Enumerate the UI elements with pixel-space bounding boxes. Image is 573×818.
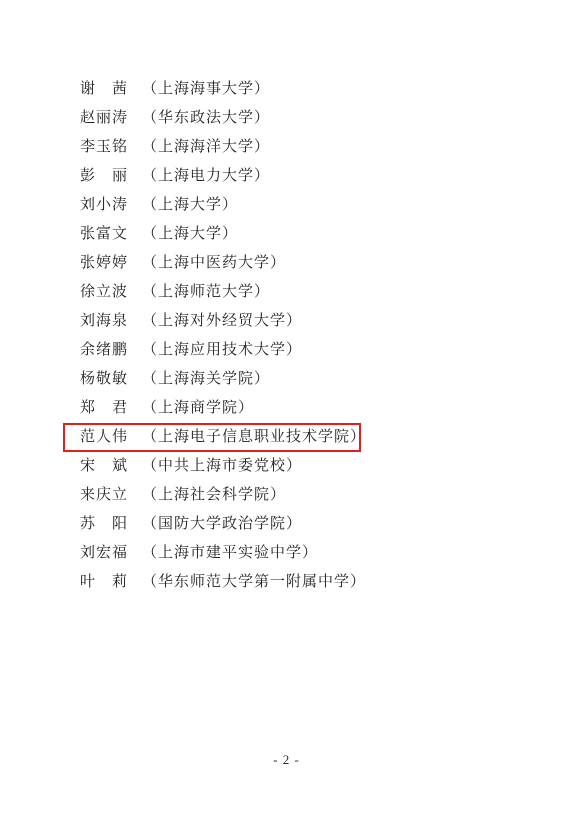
page-number: - 2 - — [0, 752, 573, 768]
institution-name: （上海市建平实验中学） — [142, 539, 318, 568]
institution-name: （上海海洋大学） — [142, 133, 270, 162]
roster-row: 张婷婷（上海中医药大学） — [80, 249, 553, 278]
person-name: 来庆立 — [80, 481, 142, 510]
institution-name: （上海海事大学） — [142, 75, 270, 104]
institution-name: （华东政法大学） — [142, 104, 270, 133]
person-name: 刘小涛 — [80, 191, 142, 220]
person-name: 彭 丽 — [80, 162, 142, 191]
roster-row: 刘海泉（上海对外经贸大学） — [80, 307, 553, 336]
roster-row: 彭 丽（上海电力大学） — [80, 162, 553, 191]
person-name: 范人伟 — [80, 423, 142, 452]
roster-row: 叶 莉（华东师范大学第一附属中学） — [80, 568, 553, 597]
institution-name: （上海大学） — [142, 220, 238, 249]
institution-name: （上海大学） — [142, 191, 238, 220]
institution-name: （上海电子信息职业技术学院） — [142, 423, 366, 452]
person-name: 徐立波 — [80, 278, 142, 307]
roster-row: 刘宏福（上海市建平实验中学） — [80, 539, 553, 568]
roster-row: 徐立波（上海师范大学） — [80, 278, 553, 307]
institution-name: （中共上海市委党校） — [142, 452, 302, 481]
person-name: 赵丽涛 — [80, 104, 142, 133]
institution-name: （上海师范大学） — [142, 278, 270, 307]
roster-row: 赵丽涛（华东政法大学） — [80, 104, 553, 133]
person-name: 余绪鹏 — [80, 336, 142, 365]
institution-name: （上海海关学院） — [142, 365, 270, 394]
roster-row: 来庆立（上海社会科学院） — [80, 481, 553, 510]
roster-row: 刘小涛（上海大学） — [80, 191, 553, 220]
institution-name: （上海中医药大学） — [142, 249, 286, 278]
institution-name: （上海商学院） — [142, 394, 254, 423]
institution-name: （上海电力大学） — [142, 162, 270, 191]
roster: 谢 茜（上海海事大学） 赵丽涛（华东政法大学） 李玉铭（上海海洋大学） 彭 丽（… — [80, 75, 553, 597]
document-page: 谢 茜（上海海事大学） 赵丽涛（华东政法大学） 李玉铭（上海海洋大学） 彭 丽（… — [0, 0, 573, 818]
person-name: 叶 莉 — [80, 568, 142, 597]
person-name: 宋 斌 — [80, 452, 142, 481]
institution-name: （国防大学政治学院） — [142, 510, 302, 539]
person-name: 刘海泉 — [80, 307, 142, 336]
person-name: 张婷婷 — [80, 249, 142, 278]
roster-row: 张富文（上海大学） — [80, 220, 553, 249]
institution-name: （上海对外经贸大学） — [142, 307, 302, 336]
person-name: 刘宏福 — [80, 539, 142, 568]
roster-row: 杨敬敏（上海海关学院） — [80, 365, 553, 394]
roster-row: 苏 阳（国防大学政治学院） — [80, 510, 553, 539]
person-name: 李玉铭 — [80, 133, 142, 162]
institution-name: （华东师范大学第一附属中学） — [142, 568, 366, 597]
person-name: 苏 阳 — [80, 510, 142, 539]
roster-row: 宋 斌（中共上海市委党校） — [80, 452, 553, 481]
roster-row: 谢 茜（上海海事大学） — [80, 75, 553, 104]
person-name: 张富文 — [80, 220, 142, 249]
person-name: 郑 君 — [80, 394, 142, 423]
roster-row: 范人伟（上海电子信息职业技术学院） — [80, 423, 553, 452]
roster-row: 李玉铭（上海海洋大学） — [80, 133, 553, 162]
roster-row: 郑 君（上海商学院） — [80, 394, 553, 423]
roster-row: 余绪鹏（上海应用技术大学） — [80, 336, 553, 365]
person-name: 杨敬敏 — [80, 365, 142, 394]
institution-name: （上海应用技术大学） — [142, 336, 302, 365]
person-name: 谢 茜 — [80, 75, 142, 104]
institution-name: （上海社会科学院） — [142, 481, 286, 510]
